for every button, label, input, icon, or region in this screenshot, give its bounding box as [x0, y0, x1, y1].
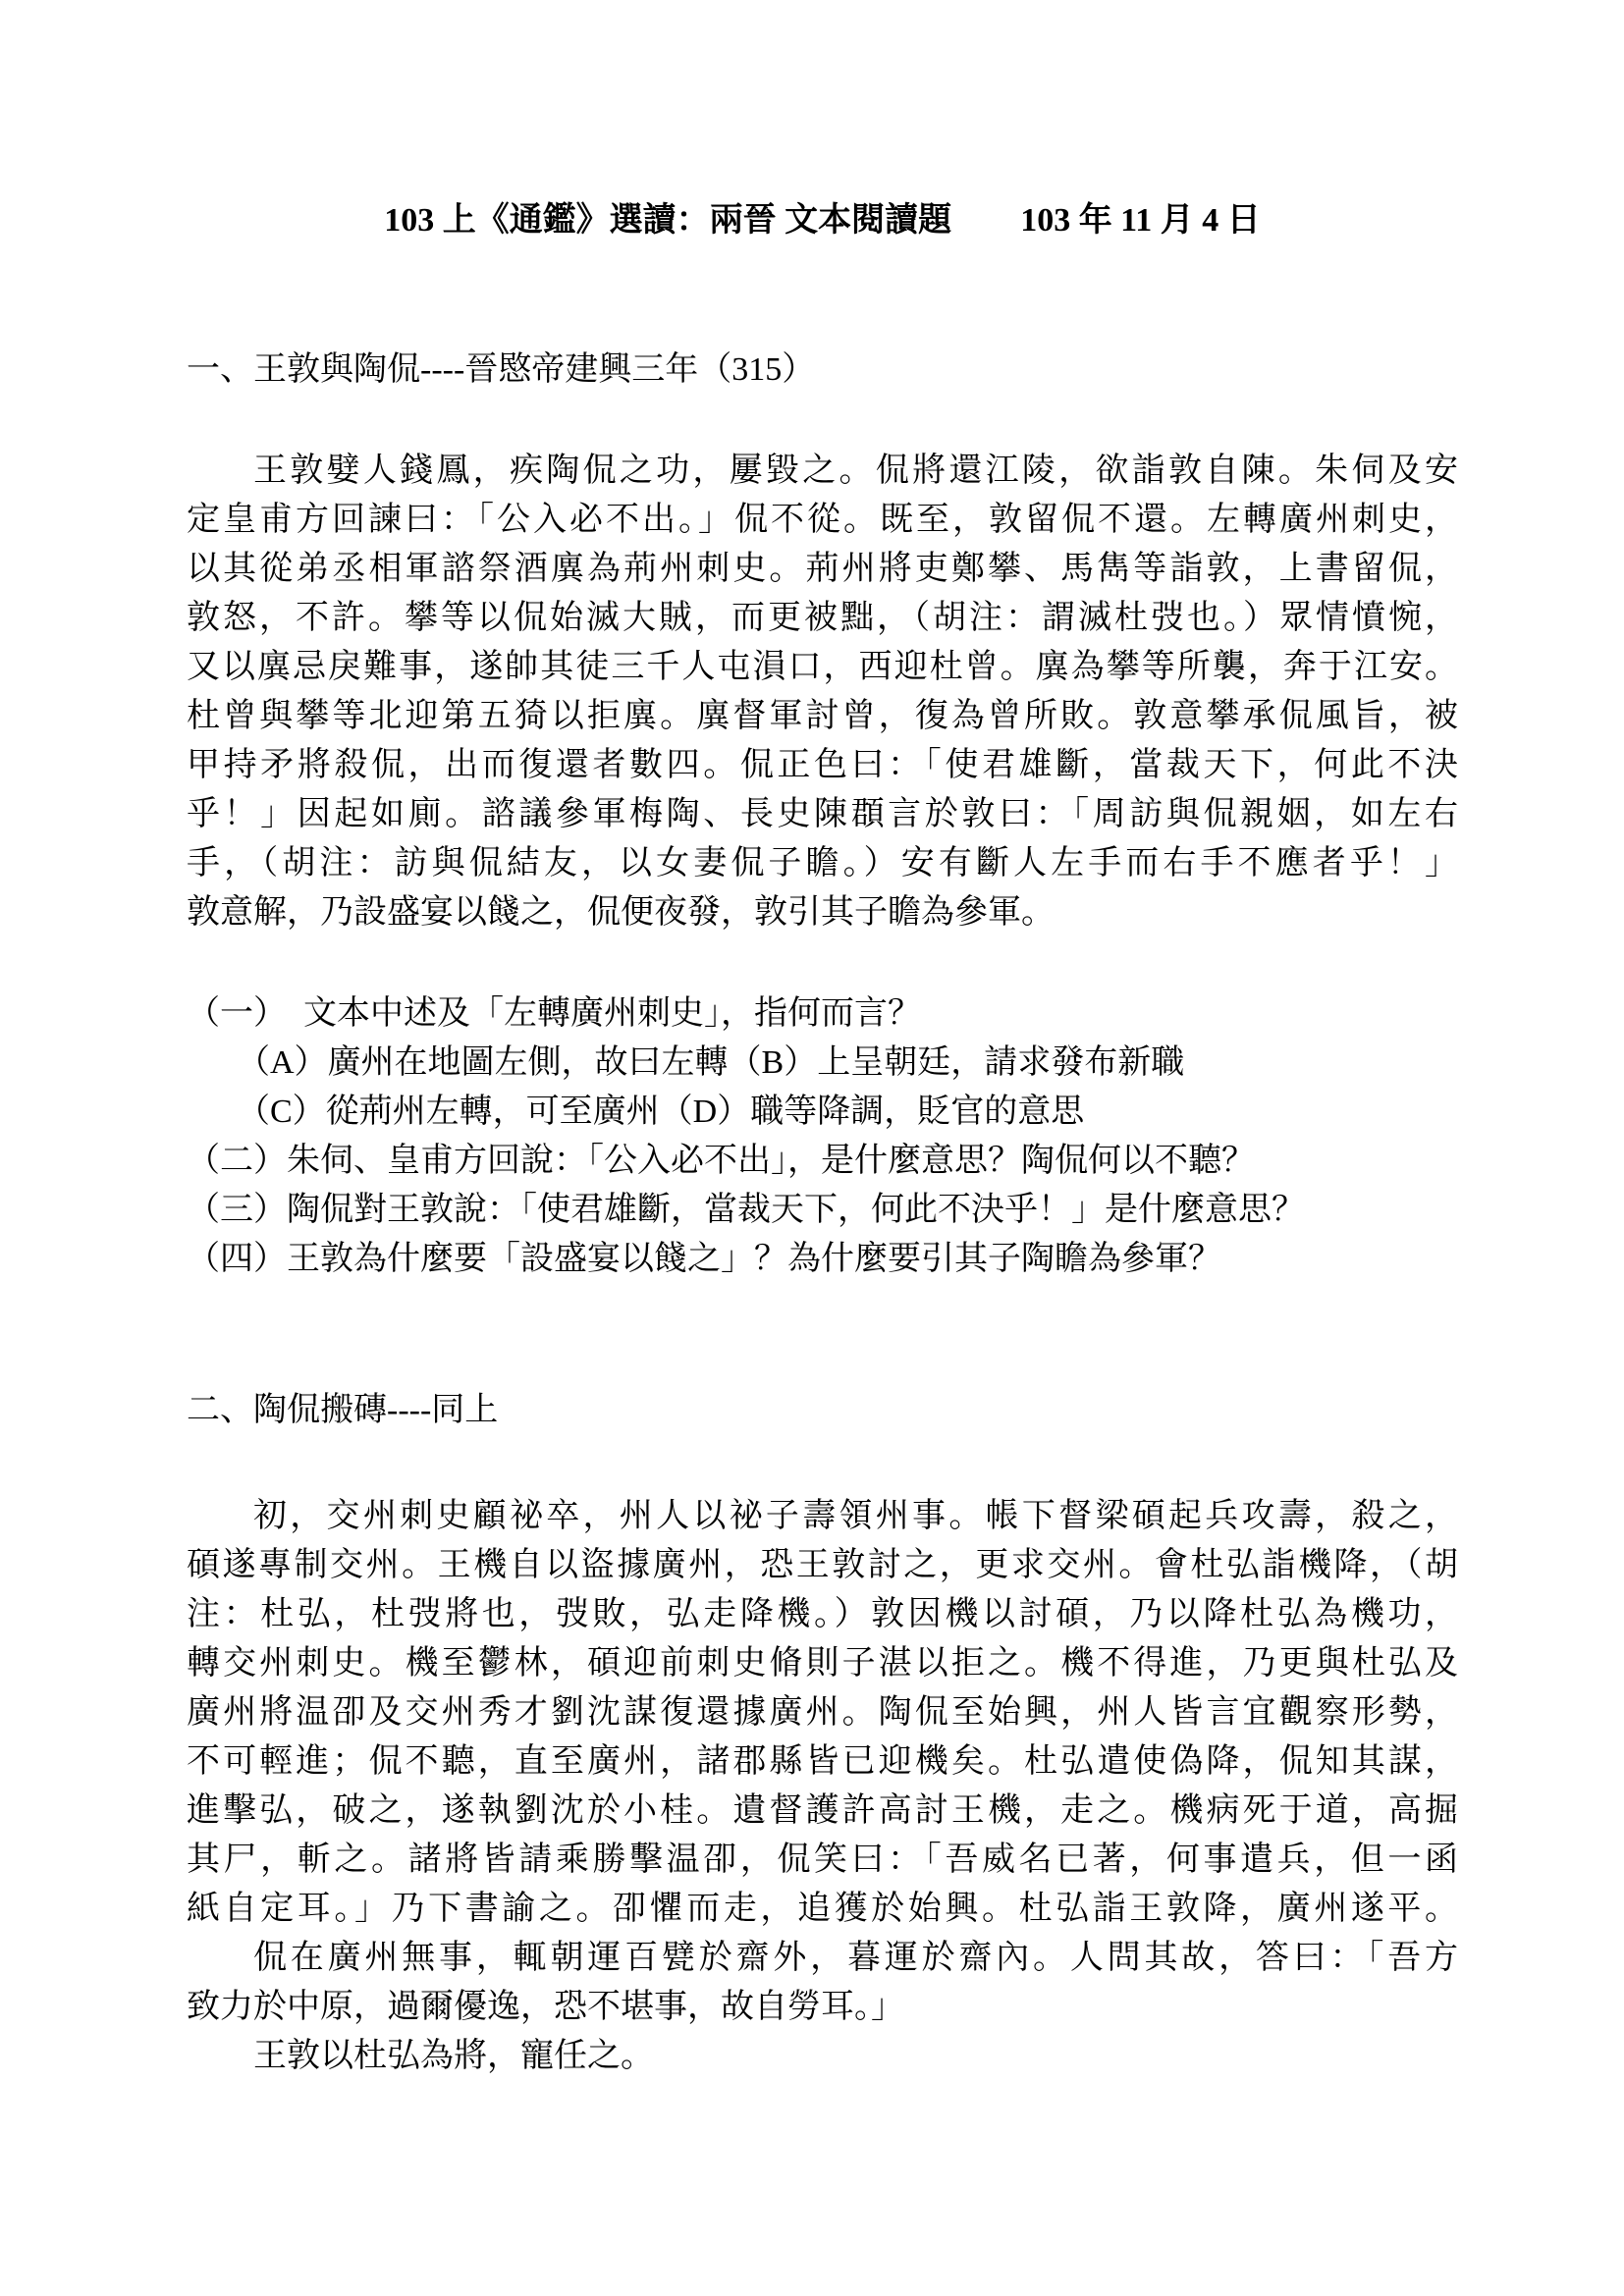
body-line: 王敦以杜弘為將，寵任之。: [187, 2032, 1458, 2081]
section-2-paragraph: 初，交州刺史顧祕卒，州人以祕子壽領州事。帳下督梁碩起兵攻壽，殺之， 碩遂專制交州…: [187, 1492, 1458, 2081]
body-line: 其尸，斬之。諸將皆請乘勝擊温卲，侃笑曰：「吾威名已著，何事遣兵，但一函: [187, 1836, 1458, 1885]
body-line: 轉交州刺史。機至鬱林，碩迎前刺史脩則子湛以拒之。機不得進，乃更與杜弘及: [187, 1639, 1458, 1688]
body-line: 侃在廣州無事，輒朝運百甓於齋外，暮運於齋內。人問其故，答曰：「吾方: [187, 1934, 1458, 1983]
page-title: 103 上《通鑑》選讀：兩晉 文本閱讀題: [384, 196, 951, 245]
document-title-row: 103 上《通鑑》選讀：兩晉 文本閱讀題 103 年 11 月 4 日: [187, 196, 1458, 245]
section-1-questions: （一） 文本中述及「左轉廣州刺史」，指何而言？ （A）廣州在地圖左側，故曰左轉（…: [187, 989, 1458, 1284]
question-option-line: （A）廣州在地圖左側，故曰左轉（B）上呈朝廷，請求發布新職: [187, 1039, 1458, 1088]
body-line: 以其從弟丞相軍諮祭酒廙為荊州刺史。荊州將吏鄭攀、馬雋等詣敦，上書留侃，: [187, 545, 1458, 594]
body-line: 敦意解，乃設盛宴以餞之，侃便夜發，敦引其子瞻為參軍。: [187, 888, 1458, 937]
body-line: 紙自定耳。」乃下書諭之。卲懼而走，追獲於始興。杜弘詣王敦降，廣州遂平。: [187, 1885, 1458, 1934]
body-line: 初，交州刺史顧祕卒，州人以祕子壽領州事。帳下督梁碩起兵攻壽，殺之，: [187, 1492, 1458, 1541]
question-line: （四）王敦為什麼要「設盛宴以餞之」？為什麼要引其子陶瞻為參軍？: [187, 1235, 1458, 1284]
section-2-heading: 二、陶侃搬磚----同上: [187, 1386, 1458, 1435]
body-line: 碩遂專制交州。王機自以盜據廣州，恐王敦討之，更求交州。會杜弘詣機降，（胡: [187, 1541, 1458, 1590]
document-page: 103 上《通鑑》選讀：兩晉 文本閱讀題 103 年 11 月 4 日 一、王敦…: [0, 0, 1624, 2296]
body-line: 甲持矛將殺侃，出而復還者數四。侃正色曰：「使君雄斷，當裁天下，何此不決: [187, 741, 1458, 790]
body-line: 杜曾與攀等北迎第五猗以拒廙。廙督軍討曾，復為曾所敗。敦意攀承侃風旨，被: [187, 692, 1458, 741]
question-line: （二）朱伺、皇甫方回說：「公入必不出」，是什麼意思？陶侃何以不聽？: [187, 1137, 1458, 1186]
question-line: （一） 文本中述及「左轉廣州刺史」，指何而言？: [187, 989, 1458, 1039]
body-line: 手，（胡注：訪與侃結友，以女妻侃子瞻。）安有斷人左手而右手不應者乎！」: [187, 839, 1458, 888]
body-line: 不可輕進；侃不聽，直至廣州，諸郡縣皆已迎機矣。杜弘遣使偽降，侃知其謀，: [187, 1737, 1458, 1787]
body-line: 注：杜弘，杜弢將也，弢敗，弘走降機。）敦因機以討碩，乃以降杜弘為機功，: [187, 1590, 1458, 1639]
body-line: 乎！」因起如廁。諮議參軍梅陶、長史陳頵言於敦曰：「周訪與侃親姻，如左右: [187, 790, 1458, 839]
body-line: 致力於中原，過爾優逸，恐不堪事，故自勞耳。」: [187, 1983, 1458, 2032]
section-1-paragraph: 王敦嬖人錢鳳，疾陶侃之功，屢毀之。侃將還江陵，欲詣敦自陳。朱伺及安 定皇甫方回諫…: [187, 447, 1458, 937]
section-1-heading: 一、王敦與陶侃----晉愍帝建興三年（315）: [187, 346, 1458, 395]
body-line: 又以廙忌戾難事，遂帥其徒三千人屯溳口，西迎杜曾。廙為攀等所襲，奔于江安。: [187, 643, 1458, 692]
body-line: 定皇甫方回諫曰：「公入必不出。」侃不從。既至，敦留侃不還。左轉廣州刺史，: [187, 496, 1458, 545]
body-line: 敦怒，不許。攀等以侃始滅大賊，而更被黜，（胡注：謂滅杜弢也。）眾情憤惋，: [187, 594, 1458, 643]
question-line: （三）陶侃對王敦說：「使君雄斷，當裁天下，何此不決乎！」是什麼意思？: [187, 1186, 1458, 1235]
body-line: 廣州將温卲及交州秀才劉沈謀復還據廣州。陶侃至始興，州人皆言宜觀察形勢，: [187, 1688, 1458, 1737]
body-line: 進擊弘，破之，遂執劉沈於小桂。遺督護許高討王機，走之。機病死于道，高掘: [187, 1787, 1458, 1836]
page-date: 103 年 11 月 4 日: [1020, 196, 1261, 245]
body-line: 王敦嬖人錢鳳，疾陶侃之功，屢毀之。侃將還江陵，欲詣敦自陳。朱伺及安: [187, 447, 1458, 496]
question-option-line: （C）從荊州左轉，可至廣州（D）職等降調，貶官的意思: [187, 1088, 1458, 1137]
